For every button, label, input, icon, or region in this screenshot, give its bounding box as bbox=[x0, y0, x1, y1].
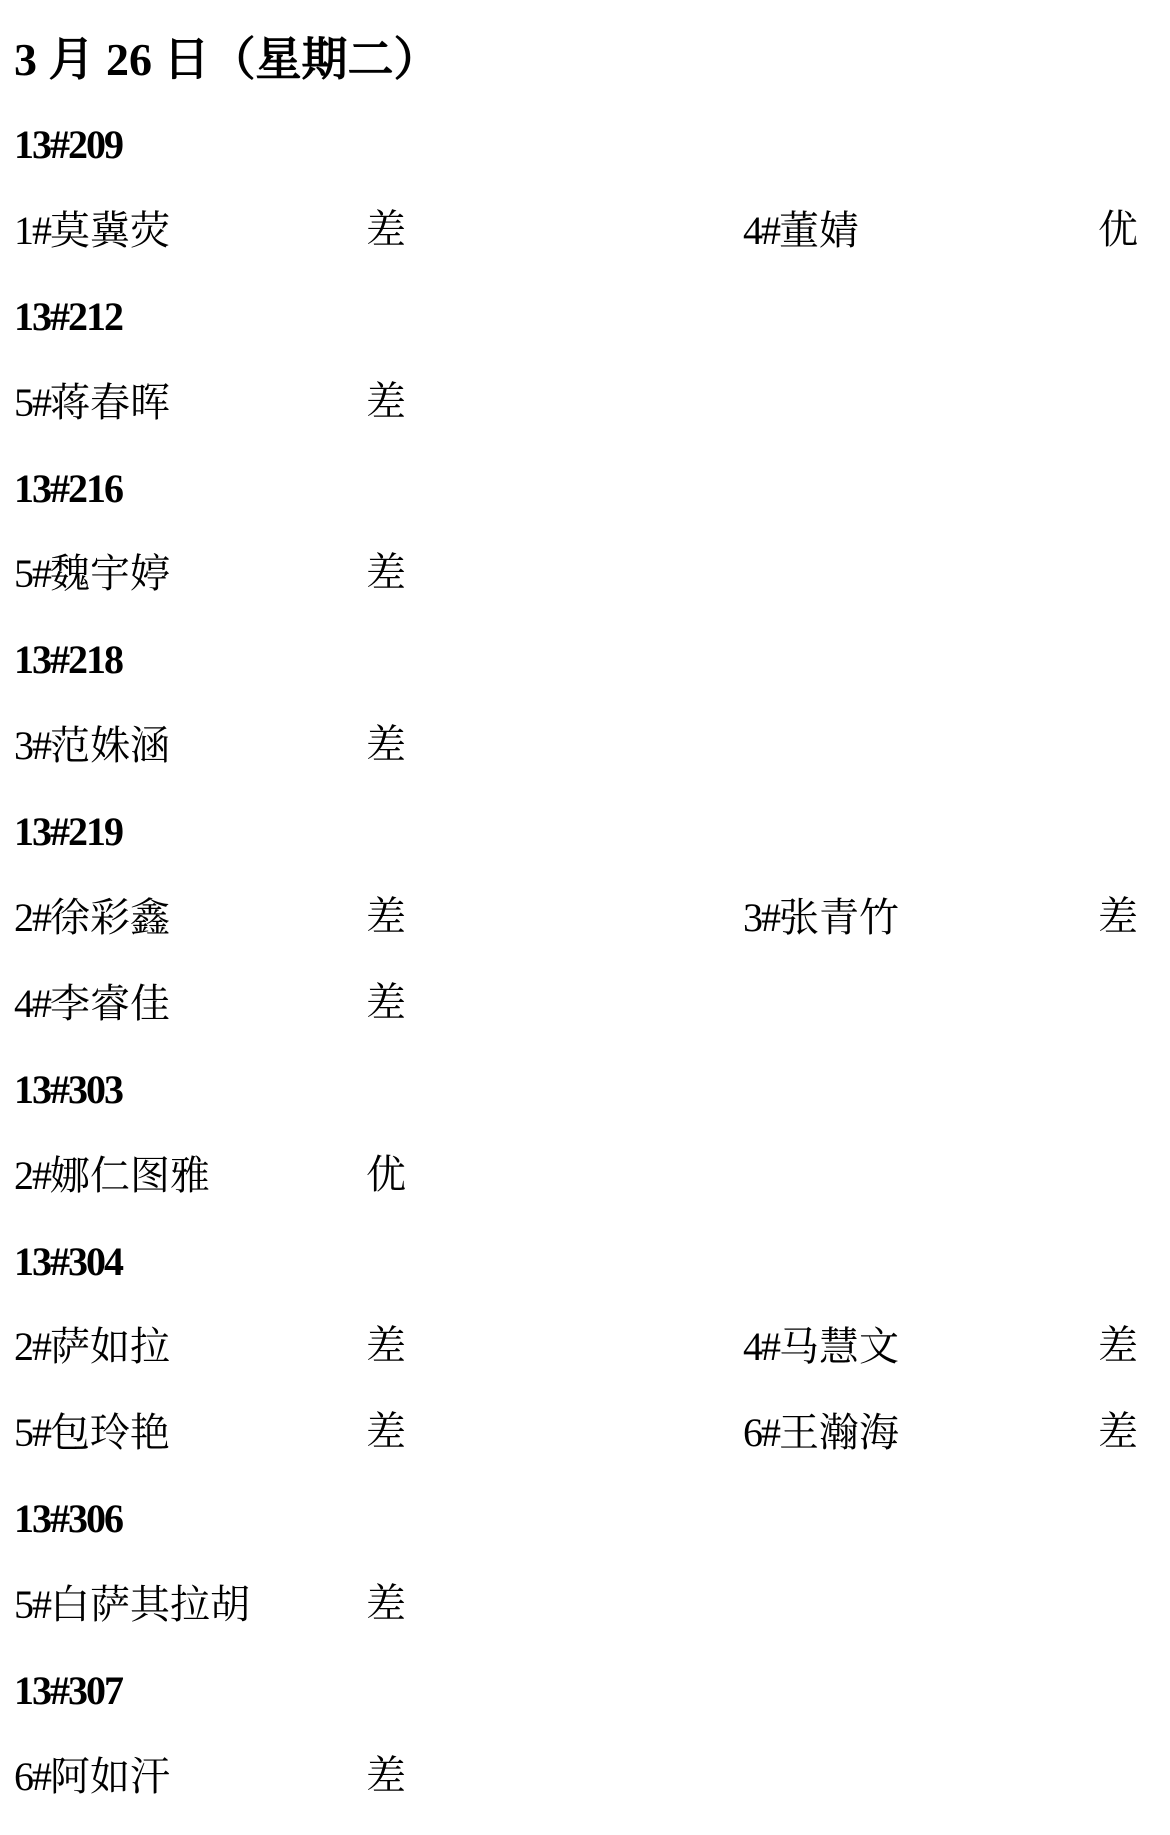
student-row: 2#萨如拉差4#马慧文差 bbox=[0, 1304, 1170, 1390]
student-row: 5#魏宇婷差 bbox=[0, 531, 1170, 617]
student-entry: 1#莫冀荧 bbox=[14, 188, 170, 274]
room-number: 13#212 bbox=[14, 274, 122, 360]
room-number: 13#303 bbox=[14, 1047, 122, 1133]
student-row: 2#娜仁图雅优 bbox=[0, 1133, 1170, 1219]
bed-number: 4# bbox=[743, 1324, 779, 1369]
student-name: 莫冀荧 bbox=[50, 208, 170, 254]
student-entry: 4#李睿佳 bbox=[14, 961, 170, 1047]
grade-label: 差 bbox=[1098, 1304, 1138, 1390]
student-entry: 5#白萨其拉胡 bbox=[14, 1562, 250, 1648]
room-heading-row: 13#219 bbox=[0, 789, 1170, 875]
student-name: 娜仁图雅 bbox=[50, 1153, 210, 1199]
grade-label: 差 bbox=[366, 531, 406, 617]
student-name: 王瀚海 bbox=[779, 1410, 899, 1456]
grade-label: 优 bbox=[366, 1133, 406, 1219]
student-entry: 6#王瀚海 bbox=[743, 1390, 899, 1476]
student-row: 5#蒋春晖差 bbox=[0, 360, 1170, 446]
bed-number: 5# bbox=[14, 380, 50, 425]
room-heading-row: 13#303 bbox=[0, 1047, 1170, 1133]
bed-number: 2# bbox=[14, 1324, 50, 1369]
student-row: 4#李睿佳差 bbox=[0, 961, 1170, 1047]
student-entry: 5#包玲艳 bbox=[14, 1390, 170, 1476]
grade-label: 差 bbox=[366, 188, 406, 274]
student-name: 董婧 bbox=[779, 208, 859, 254]
bed-number: 5# bbox=[14, 551, 50, 596]
room-heading-row: 13#212 bbox=[0, 274, 1170, 360]
student-entry: 4#董婧 bbox=[743, 188, 859, 274]
bed-number: 4# bbox=[14, 981, 50, 1026]
student-name: 阿如汗 bbox=[50, 1754, 170, 1800]
room-number: 13#306 bbox=[14, 1476, 122, 1562]
grade-label: 差 bbox=[366, 1304, 406, 1390]
room-list: 13#2091#莫冀荧差4#董婧优13#2125#蒋春晖差13#2165#魏宇婷… bbox=[0, 102, 1170, 1820]
student-entry: 5#魏宇婷 bbox=[14, 531, 170, 617]
grade-label: 差 bbox=[366, 703, 406, 789]
student-entry: 2#萨如拉 bbox=[14, 1304, 170, 1390]
grade-label: 差 bbox=[1098, 1390, 1138, 1476]
grade-label: 差 bbox=[366, 961, 406, 1047]
bed-number: 3# bbox=[743, 895, 779, 940]
student-name: 马慧文 bbox=[779, 1324, 899, 1370]
grade-label: 优 bbox=[1098, 188, 1138, 274]
room-number: 13#304 bbox=[14, 1219, 122, 1305]
student-name: 徐彩鑫 bbox=[50, 895, 170, 941]
student-name: 李睿佳 bbox=[50, 981, 170, 1027]
room-heading-row: 13#304 bbox=[0, 1219, 1170, 1305]
student-row: 6#阿如汗差 bbox=[0, 1734, 1170, 1820]
grade-label: 差 bbox=[366, 1562, 406, 1648]
bed-number: 5# bbox=[14, 1582, 50, 1627]
room-heading-row: 13#307 bbox=[0, 1648, 1170, 1734]
student-entry: 3#范姝涵 bbox=[14, 703, 170, 789]
bed-number: 1# bbox=[14, 208, 50, 253]
room-heading-row: 13#209 bbox=[0, 102, 1170, 188]
student-name: 魏宇婷 bbox=[50, 551, 170, 597]
bed-number: 6# bbox=[743, 1410, 779, 1455]
student-entry: 2#娜仁图雅 bbox=[14, 1133, 210, 1219]
bed-number: 3# bbox=[14, 723, 50, 768]
student-name: 包玲艳 bbox=[50, 1410, 170, 1456]
page-title: 3 月 26 日（星期二） bbox=[14, 30, 440, 90]
room-number: 13#219 bbox=[14, 789, 122, 875]
student-entry: 3#张青竹 bbox=[743, 875, 899, 961]
grade-label: 差 bbox=[366, 1734, 406, 1820]
student-entry: 5#蒋春晖 bbox=[14, 360, 170, 446]
room-number: 13#209 bbox=[14, 102, 122, 188]
bed-number: 4# bbox=[743, 208, 779, 253]
grade-label: 差 bbox=[366, 875, 406, 961]
student-entry: 6#阿如汗 bbox=[14, 1734, 170, 1820]
bed-number: 5# bbox=[14, 1410, 50, 1455]
bed-number: 2# bbox=[14, 1153, 50, 1198]
student-entry: 2#徐彩鑫 bbox=[14, 875, 170, 961]
room-heading-row: 13#218 bbox=[0, 617, 1170, 703]
student-row: 1#莫冀荧差4#董婧优 bbox=[0, 188, 1170, 274]
room-number: 13#307 bbox=[14, 1648, 122, 1734]
bed-number: 6# bbox=[14, 1754, 50, 1799]
room-heading-row: 13#216 bbox=[0, 446, 1170, 532]
student-entry: 4#马慧文 bbox=[743, 1304, 899, 1390]
room-number: 13#218 bbox=[14, 617, 122, 703]
grade-label: 差 bbox=[366, 1390, 406, 1476]
student-name: 白萨其拉胡 bbox=[50, 1582, 250, 1628]
student-row: 5#包玲艳差6#王瀚海差 bbox=[0, 1390, 1170, 1476]
student-row: 3#范姝涵差 bbox=[0, 703, 1170, 789]
student-name: 萨如拉 bbox=[50, 1324, 170, 1370]
bed-number: 2# bbox=[14, 895, 50, 940]
grade-label: 差 bbox=[1098, 875, 1138, 961]
room-number: 13#216 bbox=[14, 446, 122, 532]
student-name: 蒋春晖 bbox=[50, 380, 170, 426]
student-row: 2#徐彩鑫差3#张青竹差 bbox=[0, 875, 1170, 961]
grade-label: 差 bbox=[366, 360, 406, 446]
student-row: 5#白萨其拉胡差 bbox=[0, 1562, 1170, 1648]
room-heading-row: 13#306 bbox=[0, 1476, 1170, 1562]
student-name: 范姝涵 bbox=[50, 723, 170, 769]
student-name: 张青竹 bbox=[779, 895, 899, 941]
